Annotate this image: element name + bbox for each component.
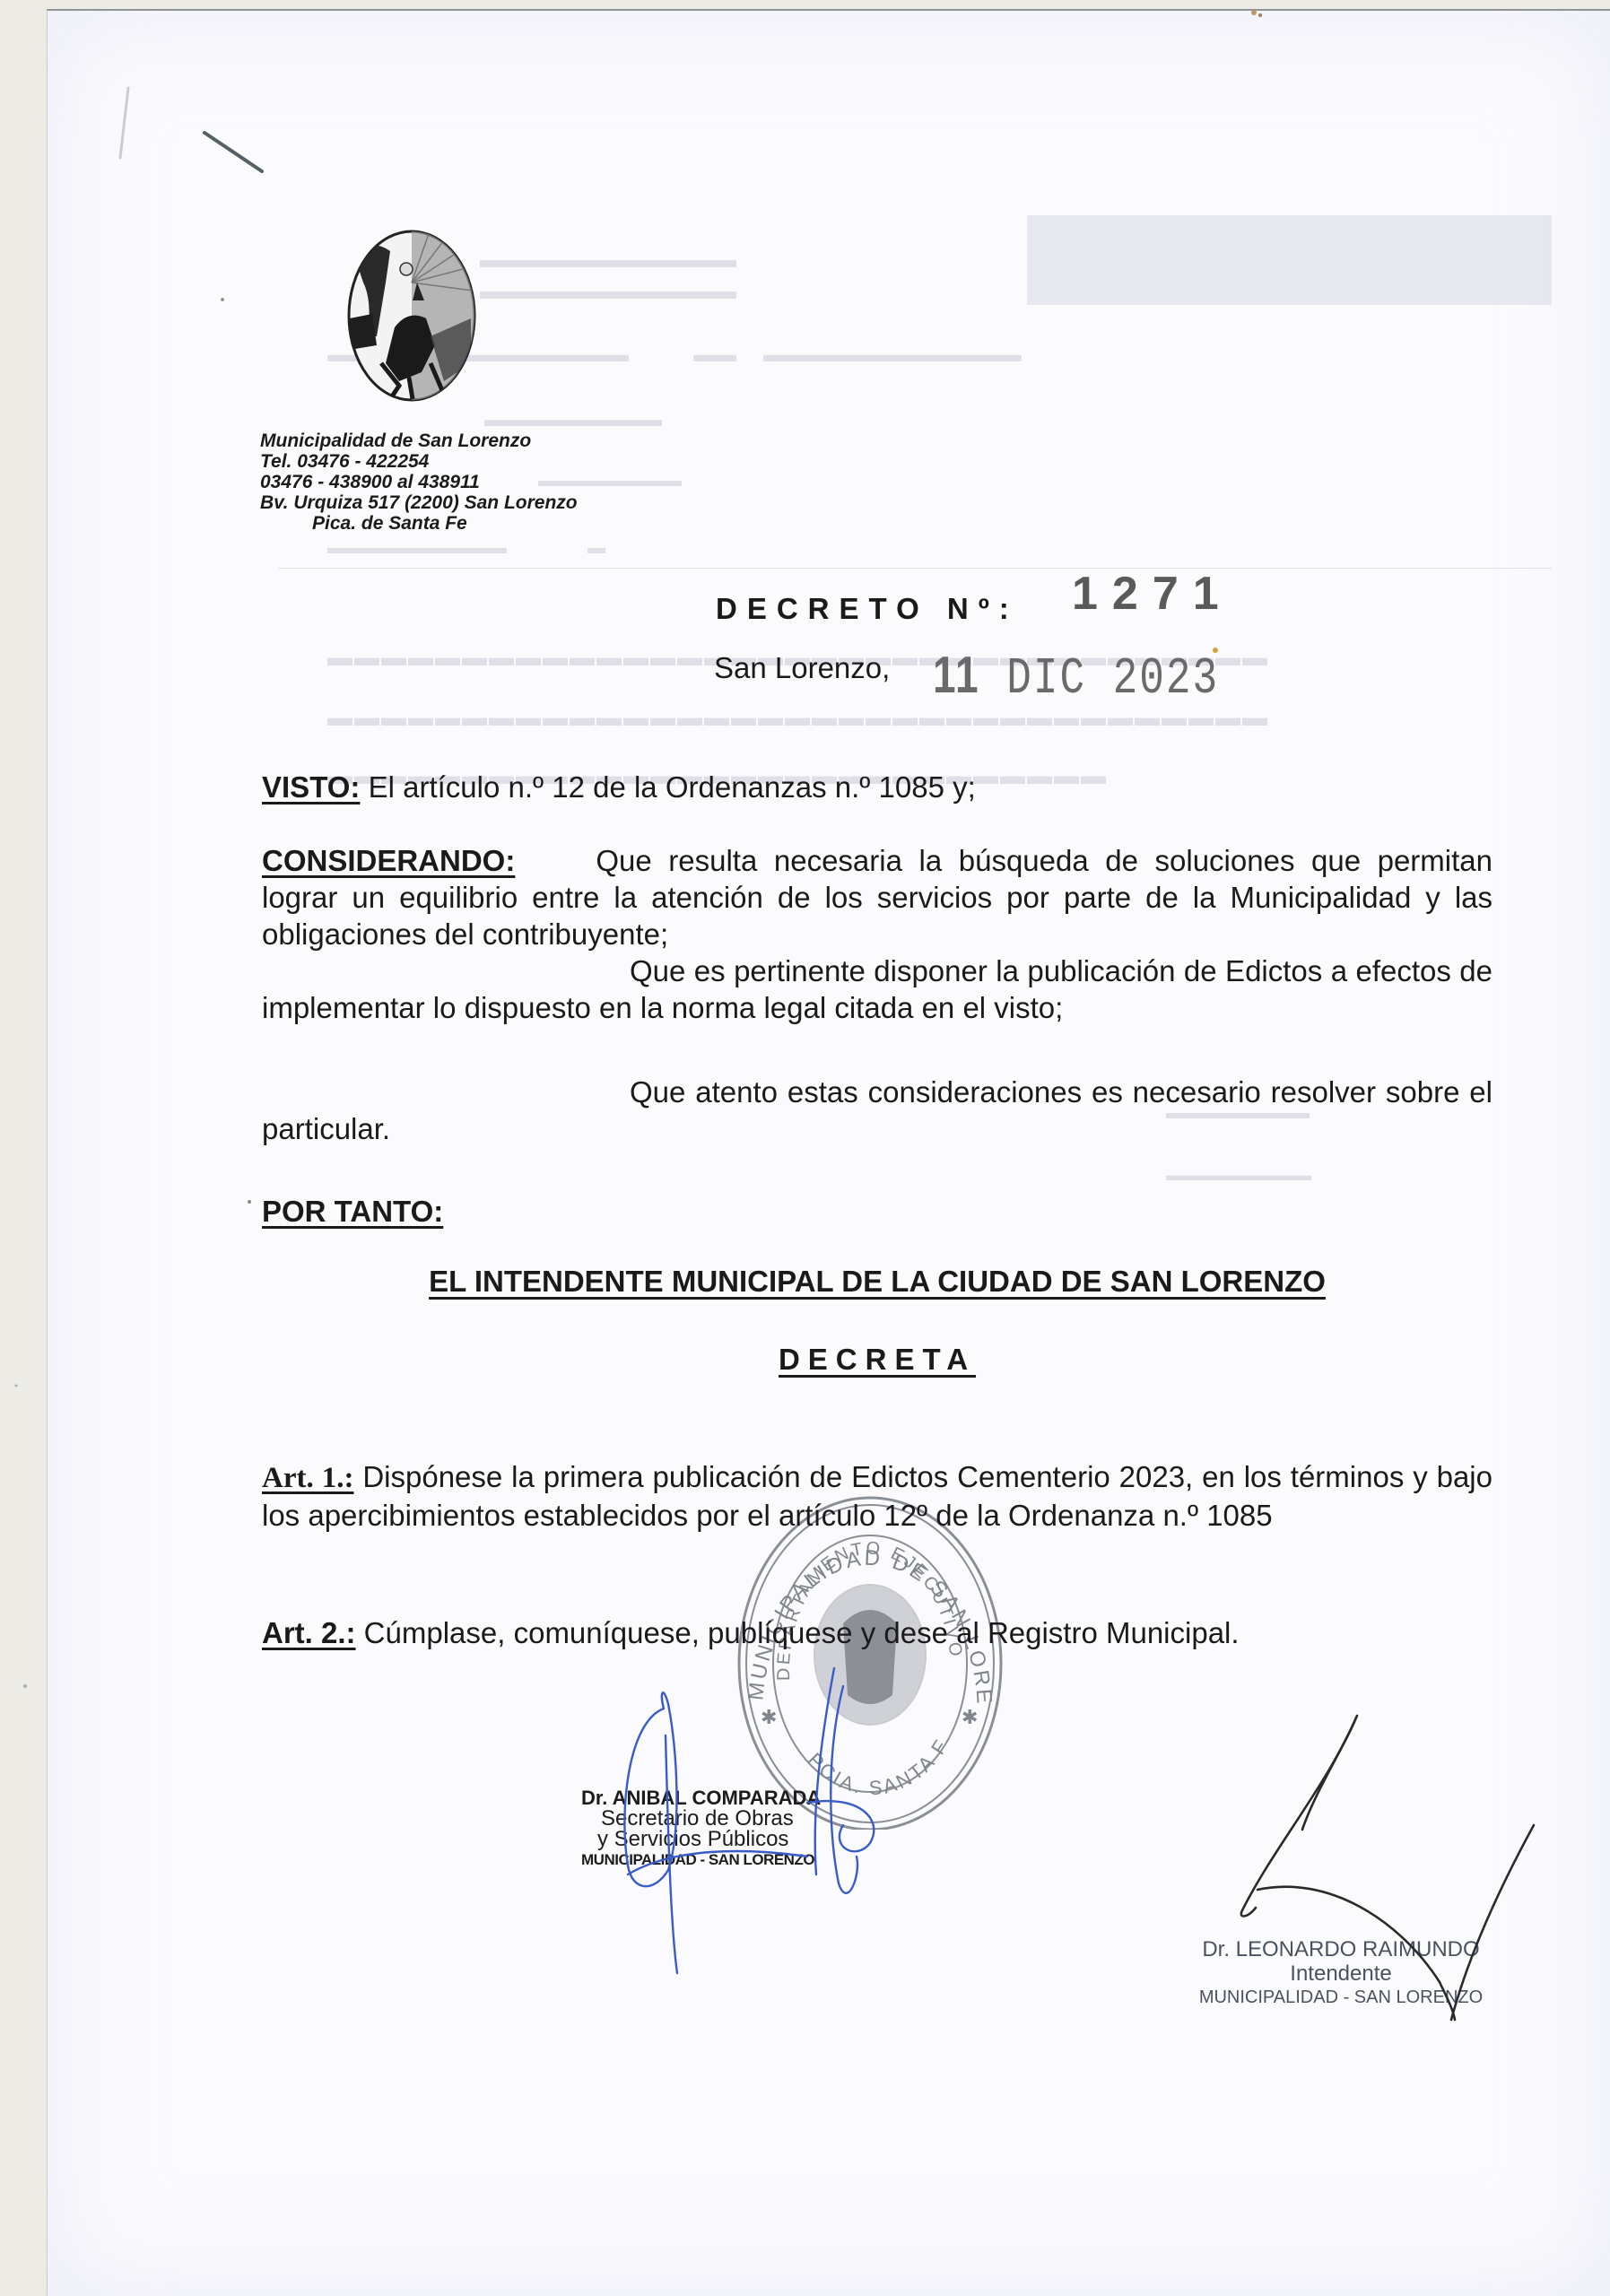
paper-specks [0,0,1610,2296]
